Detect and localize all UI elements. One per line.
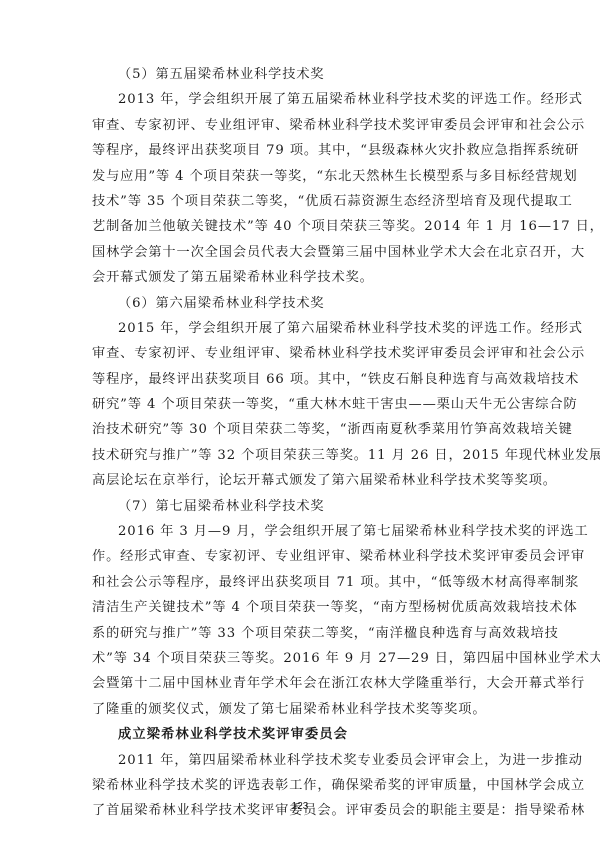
paragraph-line: 作。经形式审查、专家初评、专业组评审、梁希林业科学技术奖评审委员会评审 (92, 544, 510, 569)
paragraph-line: 国林学会第十一次全国会员代表大会暨第三届中国林业学术大会在北京召开，大 (92, 240, 510, 265)
paragraph-line: 和社会公示等程序，最终评出获奖项目 71 项。其中，“低等级木材高得率制浆 (92, 570, 510, 595)
paragraph-line: 等程序，最终评出获奖项目 66 项。其中，“铁皮石斛良种选育与高效栽培技术 (92, 367, 510, 392)
paragraph-line-last: 了隆重的颁奖仪式，颁发了第七届梁希林业科学技术奖等奖项。 (92, 697, 510, 722)
paragraph-line: 审查、专家初评、专业组评审、梁希林业科学技术奖评审委员会评审和社会公示 (92, 341, 510, 366)
paragraph-line: 研究”等 4 个项目荣获一等奖，“重大林木蛀干害虫——栗山天牛无公害综合防 (92, 392, 510, 417)
paragraph-line: 2013 年，学会组织开展了第五届梁希林业科学技术奖的评选工作。经形式 (92, 87, 510, 112)
section-heading-7: （7）第七届梁希林业科学技术奖 (92, 494, 510, 519)
paragraph-line: 审查、专家初评、专业组评审、梁希林业科学技术奖评审委员会评审和社会公示 (92, 113, 510, 138)
paragraph-line: 会暨第十二届中国林业青年学术年会在浙江农林大学隆重举行，大会开幕式举行 (92, 671, 510, 696)
section-heading-6: （6）第六届梁希林业科学技术奖 (92, 291, 510, 316)
paragraph-line: 技术”等 35 个项目荣获二等奖，“优质石蒜资源生态经济型培育及现代提取工 (92, 189, 510, 214)
paragraph-line: 艺制备加兰他敏关键技术”等 40 个项目荣获三等奖。2014 年 1 月 16—… (92, 214, 510, 239)
paragraph-line: 术”等 34 个项目荣获三等奖。2016 年 9 月 27—29 日，第四届中国… (92, 646, 510, 671)
paragraph-line: 治技术研究”等 30 个项目荣获二等奖，“浙西南夏秋季菜用竹笋高效栽培关键 (92, 417, 510, 442)
section-heading-committee: 成立梁希林业科学技术奖评审委员会 (92, 722, 510, 747)
paragraph-line: 2016 年 3 月—9 月，学会组织开展了第七届梁希林业科学技术奖的评选工 (92, 519, 510, 544)
page-number: 123 (0, 801, 600, 812)
paragraph-line-last: 会开幕式颁发了第五届梁希林业科学技术奖。 (92, 265, 510, 290)
section-heading-5: （5）第五届梁希林业科学技术奖 (92, 62, 510, 87)
paragraph-line: 2015 年，学会组织开展了第六届梁希林业科学技术奖的评选工作。经形式 (92, 316, 510, 341)
paragraph-line: 清洁生产关键技术”等 4 个项目荣获一等奖，“南方型杨树优质高效栽培技术体 (92, 595, 510, 620)
paragraph-line: 发与应用”等 4 个项目荣获一等奖，“东北天然林生长模型系与多目标经营规划 (92, 164, 510, 189)
paragraph-line-last: 高层论坛在京举行，论坛开幕式颁发了第六届梁希林业科学技术奖等奖项。 (92, 468, 510, 493)
paragraph-line: 梁希林业科学技术奖的评选表彰工作，确保梁希奖的评审质量，中国林学会成立 (92, 773, 510, 798)
document-page: （5）第五届梁希林业科学技术奖 2013 年，学会组织开展了第五届梁希林业科学技… (92, 62, 510, 824)
paragraph-line: 系的研究与推广”等 33 个项目荣获二等奖，“南洋楹良种选育与高效栽培技 (92, 621, 510, 646)
paragraph-line: 2011 年，第四届梁希林业科学技术奖专业委员会评审会上，为进一步推动 (92, 748, 510, 773)
paragraph-line: 等程序，最终评出获奖项目 79 项。其中，“县级森林火灾扑救应急指挥系统研 (92, 138, 510, 163)
paragraph-line: 技术研究与推广”等 32 个项目荣获三等奖。11 月 26 日，2015 年现代… (92, 443, 510, 468)
